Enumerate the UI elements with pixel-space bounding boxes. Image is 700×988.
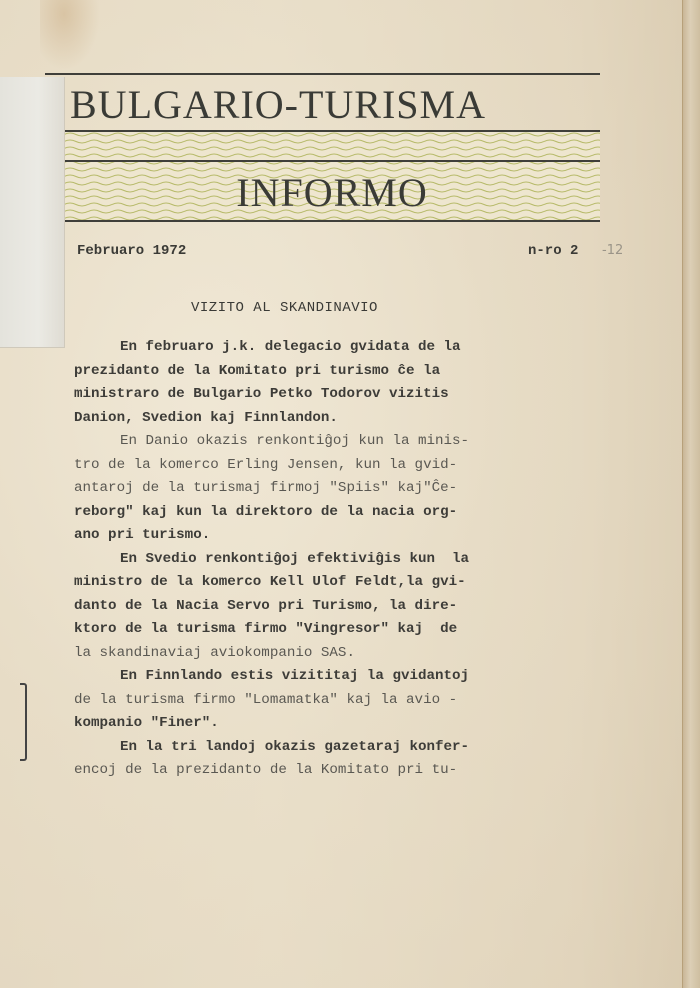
issue-date: Februaro 1972 (77, 243, 186, 259)
paper-stain (40, 0, 100, 70)
article-line: la skandinaviaj aviokompanio SAS. (74, 642, 614, 666)
adhesive-tape (0, 77, 65, 348)
issue-number: n-ro 2 (528, 243, 578, 259)
masthead-top-rule (45, 73, 600, 75)
article-line: En Finnlando estis vizititaj la gvidanto… (74, 665, 614, 689)
article-line: antaroj de la turismaj firmoj "Spiis" ka… (74, 477, 614, 501)
article-line: En Svedio renkontiĝoj efektiviĝis kun la (74, 548, 614, 572)
article-line: ministro de la komerco Kell Ulof Feldt,l… (74, 571, 614, 595)
document-page: BULGARIO-TURISMA INFORMO Februaro 1972 n… (0, 0, 682, 988)
handwritten-note: -12 (602, 243, 623, 258)
article-line: En la tri landoj okazis gazetaraj konfer… (74, 736, 614, 760)
article-line: tro de la komerco Erling Jensen, kun la … (74, 454, 614, 478)
article-line: de la turisma firmo "Lomamatka" kaj la a… (74, 689, 614, 713)
masthead-bottom-rule (64, 220, 600, 222)
article-line: danto de la Nacia Servo pri Turismo, la … (74, 595, 614, 619)
masthead-rule-2 (64, 160, 600, 162)
masthead-subtitle: INFORMO (64, 170, 600, 216)
article-line: reborg" kaj kun la direktoro de la nacia… (74, 501, 614, 525)
masthead-title: BULGARIO-TURISMA (70, 82, 600, 128)
article-line: encoj de la prezidanto de la Komitato pr… (74, 759, 614, 783)
article-line: ktoro de la turisma firmo "Vingresor" ka… (74, 618, 614, 642)
article-body: En februaro j.k. delegacio gvidata de la… (74, 336, 614, 783)
article-line: kompanio "Finer". (74, 712, 614, 736)
article-heading: VIZITO AL SKANDINAVIO (191, 300, 378, 316)
page-edge (682, 0, 700, 988)
article-line: Danion, Svedion kaj Finnlandon. (74, 407, 614, 431)
article-line: En februaro j.k. delegacio gvidata de la (74, 336, 614, 360)
article-line: ministraro de Bulgario Petko Todorov viz… (74, 383, 614, 407)
staple-icon (20, 683, 27, 761)
article-line: ano pri turismo. (74, 524, 614, 548)
article-line: En Danio okazis renkontiĝoj kun la minis… (74, 430, 614, 454)
article-line: prezidanto de la Komitato pri turismo ĉe… (74, 360, 614, 384)
masthead-rule-1 (64, 130, 600, 132)
